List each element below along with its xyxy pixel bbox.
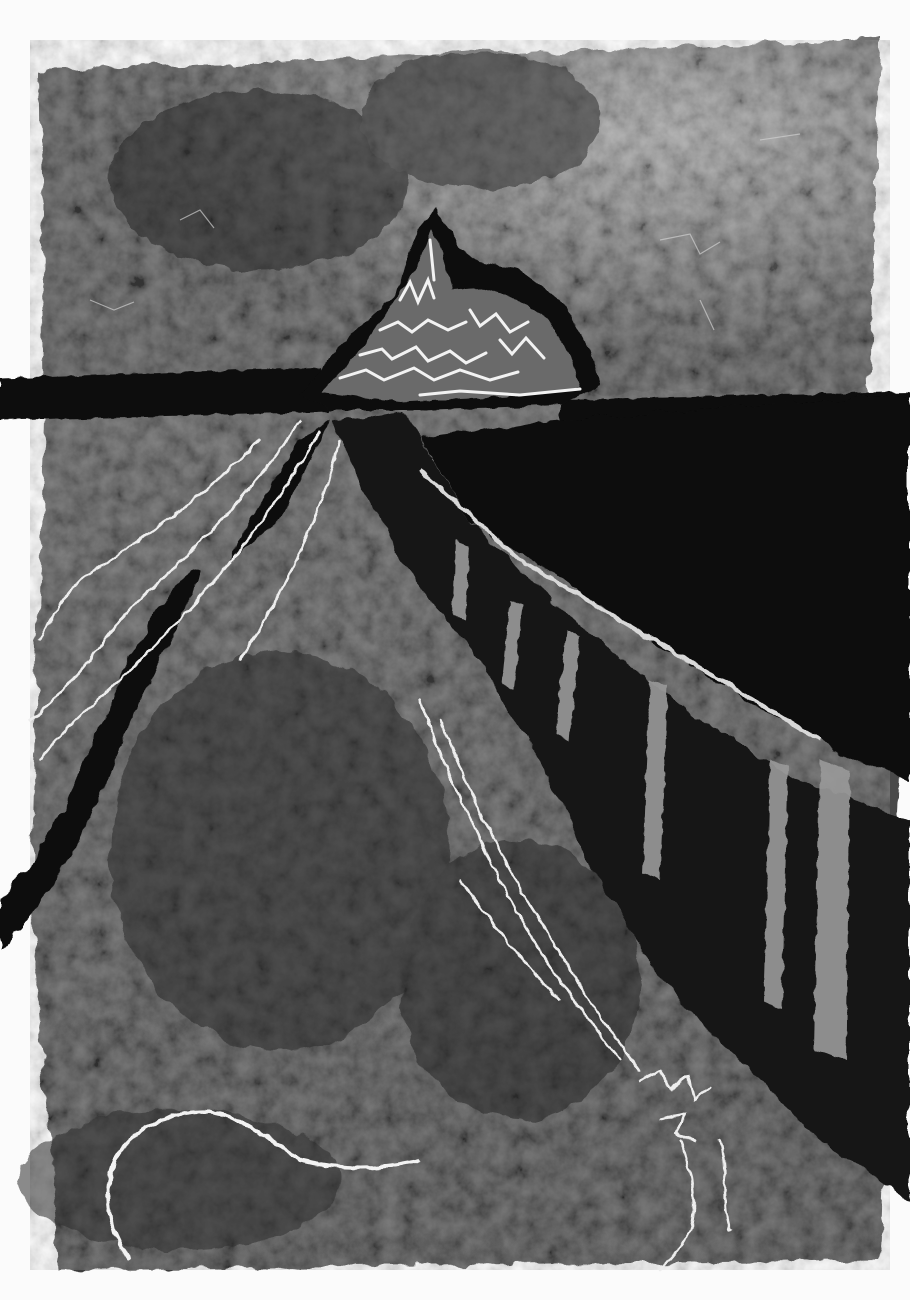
artwork-canvas bbox=[0, 0, 910, 1300]
monotype-artwork bbox=[0, 0, 910, 1300]
